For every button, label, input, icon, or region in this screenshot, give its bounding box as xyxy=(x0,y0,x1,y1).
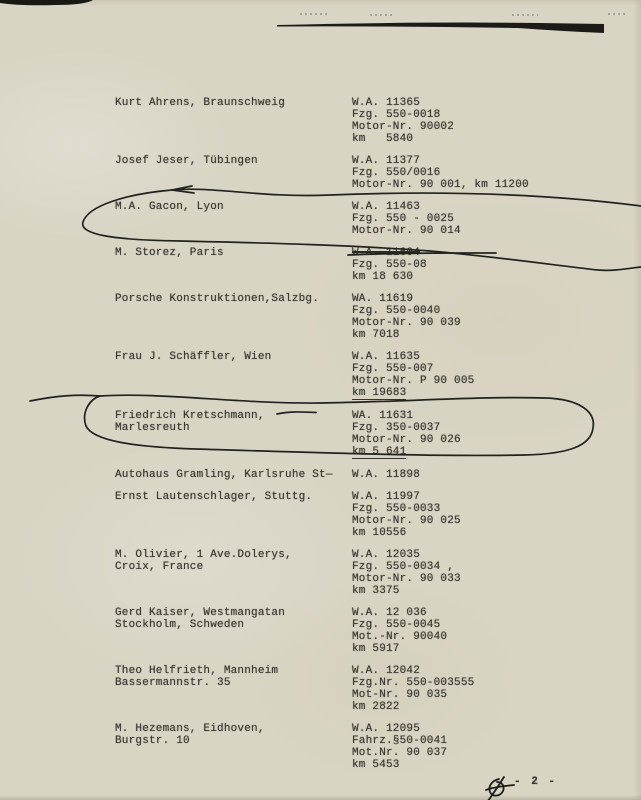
detail-line: Motor-Nr. 90 033 xyxy=(352,573,461,585)
customer-name: Josef Jeser, Tübingen xyxy=(115,155,352,191)
vehicle-details: W.A. 11377Fzg. 550/0016Motor-Nr. 90 001,… xyxy=(352,155,529,191)
name-line: Burgstr. 10 xyxy=(115,735,352,747)
detail-line: W.A. 11898 xyxy=(352,469,420,481)
customer-list: Kurt Ahrens, Braunschweig W.A. 11365Fzg.… xyxy=(0,97,641,781)
list-item: Theo Helfrieth, MannheimBassermannstr. 3… xyxy=(0,665,641,713)
name-line: Frau J. Schäffler, Wien xyxy=(115,351,352,363)
detail-line: Mot.-Nr. 90040 xyxy=(352,631,447,643)
detail-line: Fzg. 550-0033 xyxy=(352,503,440,515)
detail-line: Motor-Nr. 90 026 xyxy=(352,434,461,446)
vehicle-details: W.A. 11997Fzg. 550-0033Motor-Nr. 90 025k… xyxy=(352,491,461,539)
name-line: M. Olivier, 1 Ave.Dolerys, xyxy=(115,549,352,561)
name-line: M.A. Gacon, Lyon xyxy=(115,201,352,213)
detail-line: km 5917 xyxy=(352,643,400,655)
name-line: Autohaus Gramling, Karlsruhe St— xyxy=(115,469,352,481)
scanned-document-page: Kurt Ahrens, Braunschweig W.A. 11365Fzg.… xyxy=(0,0,641,800)
page-footer: - 2 - xyxy=(0,770,641,800)
detail-line: km 19683 xyxy=(352,387,406,400)
detail-line: W.A. 11635 xyxy=(352,351,420,363)
list-item: Josef Jeser, Tübingen W.A. 11377Fzg. 550… xyxy=(0,155,641,191)
name-line: Gerd Kaiser, Westmangatan xyxy=(115,607,352,619)
detail-line: Motor-Nr. 90002 xyxy=(352,121,454,133)
customer-name: Porsche Konstruktionen,Salzbg. xyxy=(115,293,352,341)
detail-line: Fzg. 550-0045 xyxy=(352,619,440,631)
vehicle-details: W.A. 11604Fzg. 550-08km 18 630 xyxy=(352,247,427,283)
vehicle-details: W.A. 12042Fzg.Nr. 550-003555Mot-Nr. 90 0… xyxy=(352,665,474,713)
name-line: Friedrich Kretschmann, xyxy=(115,410,352,422)
detail-line: Fahrz.§50-0041 xyxy=(352,735,447,747)
name-line: Kurt Ahrens, Braunschweig xyxy=(115,97,352,109)
detail-line: Fzg. 550/0016 xyxy=(352,167,440,179)
list-item: Friedrich Kretschmann,Marlesreuth WA. 11… xyxy=(0,410,641,459)
detail-line: km 3375 xyxy=(352,585,400,597)
vehicle-details: W.A. 11898 xyxy=(352,469,420,481)
customer-name: M. Olivier, 1 Ave.Dolerys,Croix, France xyxy=(115,549,352,597)
scan-speckles xyxy=(300,14,628,15)
detail-line: W.A. 11997 xyxy=(352,491,420,503)
detail-line: km 2822 xyxy=(352,701,400,713)
vehicle-details: W.A. 11463Fzg. 550 - 0025Motor-Nr. 90 01… xyxy=(352,201,461,237)
detail-line: W.A. 11463 xyxy=(352,201,420,213)
page-number: - 2 - xyxy=(514,776,557,788)
detail-line: Motor-Nr. 90 014 xyxy=(352,225,461,237)
customer-name: Theo Helfrieth, MannheimBassermannstr. 3… xyxy=(115,665,352,713)
detail-line: km 5 641 xyxy=(352,446,406,459)
detail-line: Fzg. 350-0037 xyxy=(352,422,440,434)
detail-line: Fzg. 550-0018 xyxy=(352,109,440,121)
detail-line: W.A. 11377 xyxy=(352,155,420,167)
list-item: Kurt Ahrens, Braunschweig W.A. 11365Fzg.… xyxy=(0,97,641,145)
detail-line: W.A. 12 036 xyxy=(352,607,427,619)
list-item: Autohaus Gramling, Karlsruhe St— W.A. 11… xyxy=(0,469,641,481)
vehicle-details: W.A. 11635Fzg. 550-007Motor-Nr. P 90 005… xyxy=(352,351,474,400)
list-item: M. Storez, Paris W.A. 11604Fzg. 550-08km… xyxy=(0,247,641,283)
list-item: Gerd Kaiser, WestmangatanStockholm, Schw… xyxy=(0,607,641,655)
detail-line: km 5840 xyxy=(352,133,413,145)
detail-line: W.A. 12042 xyxy=(352,665,420,677)
customer-name: Frau J. Schäffler, Wien xyxy=(115,351,352,400)
top-scan-streak xyxy=(277,23,604,33)
vehicle-details: WA. 11619Fzg. 550-0040Motor-Nr. 90 039km… xyxy=(352,293,461,341)
detail-line: Fzg. 550-0034 , xyxy=(352,561,454,573)
top-left-ink-smudge xyxy=(0,0,93,5)
name-line: Theo Helfrieth, Mannheim xyxy=(115,665,352,677)
vehicle-details: W.A. 12095Fahrz.§50-0041Mot.Nr. 90 037km… xyxy=(352,723,447,771)
list-item: M.A. Gacon, Lyon W.A. 11463Fzg. 550 - 00… xyxy=(0,201,641,237)
vehicle-details: WA. 11631Fzg. 350-0037Motor-Nr. 90 026km… xyxy=(352,410,461,459)
list-item: Ernst Lautenschlager, Stuttg. W.A. 11997… xyxy=(0,491,641,539)
detail-line: Motor-Nr. 90 039 xyxy=(352,317,461,329)
detail-line: km 18 630 xyxy=(352,271,413,283)
detail-line: Fzg. 550 - 0025 xyxy=(352,213,454,225)
detail-line: Motor-Nr. 90 001, km 11200 xyxy=(352,179,529,191)
customer-name: M.A. Gacon, Lyon xyxy=(115,201,352,237)
list-item: M. Hezemans, Eidhoven,Burgstr. 10 W.A. 1… xyxy=(0,723,641,771)
customer-name: Friedrich Kretschmann,Marlesreuth xyxy=(115,410,352,459)
name-line: Marlesreuth xyxy=(115,422,352,434)
name-line: Porsche Konstruktionen,Salzbg. xyxy=(115,293,352,305)
detail-line: Mot-Nr. 90 035 xyxy=(352,689,447,701)
detail-line: Fzg. 550-0040 xyxy=(352,305,440,317)
list-item: Frau J. Schäffler, Wien W.A. 11635Fzg. 5… xyxy=(0,351,641,400)
detail-line: WA. 11631 xyxy=(352,410,413,422)
customer-name: Gerd Kaiser, WestmangatanStockholm, Schw… xyxy=(115,607,352,655)
name-line: Ernst Lautenschlager, Stuttg. xyxy=(115,491,352,503)
detail-line: Motor-Nr. 90 025 xyxy=(352,515,461,527)
detail-line: Fzg. 550-08 xyxy=(352,259,427,271)
name-line: Bassermannstr. 35 xyxy=(115,677,352,689)
customer-name: M. Storez, Paris xyxy=(115,247,352,283)
detail-line: Fzg.Nr. 550-003555 xyxy=(352,677,474,689)
list-item: Porsche Konstruktionen,Salzbg. WA. 11619… xyxy=(0,293,641,341)
detail-line: Motor-Nr. P 90 005 xyxy=(352,375,474,387)
detail-line: km 10556 xyxy=(352,527,406,539)
detail-line: Mot.Nr. 90 037 xyxy=(352,747,447,759)
list-item: M. Olivier, 1 Ave.Dolerys,Croix, France … xyxy=(0,549,641,597)
customer-name: M. Hezemans, Eidhoven,Burgstr. 10 xyxy=(115,723,352,771)
customer-name: Autohaus Gramling, Karlsruhe St— xyxy=(115,469,352,481)
detail-line: W.A. 11365 xyxy=(352,97,420,109)
detail-line: WA. 11619 xyxy=(352,293,413,305)
name-line: M. Hezemans, Eidhoven, xyxy=(115,723,352,735)
customer-name: Ernst Lautenschlager, Stuttg. xyxy=(115,491,352,539)
name-line: Croix, France xyxy=(115,561,352,573)
detail-line: Fzg. 550-007 xyxy=(352,363,434,375)
detail-line: W.A. 12095 xyxy=(352,723,420,735)
vehicle-details: W.A. 12 036Fzg. 550-0045Mot.-Nr. 90040km… xyxy=(352,607,447,655)
customer-name: Kurt Ahrens, Braunschweig xyxy=(115,97,352,145)
name-line: Josef Jeser, Tübingen xyxy=(115,155,352,167)
name-line: M. Storez, Paris xyxy=(115,247,352,259)
vehicle-details: W.A. 12035Fzg. 550-0034 ,Motor-Nr. 90 03… xyxy=(352,549,461,597)
detail-line: W.A. 11604 xyxy=(352,247,420,259)
detail-line: km 7018 xyxy=(352,329,400,341)
detail-line: W.A. 12035 xyxy=(352,549,420,561)
name-line: Stockholm, Schweden xyxy=(115,619,352,631)
vehicle-details: W.A. 11365Fzg. 550-0018Motor-Nr. 90002km… xyxy=(352,97,454,145)
